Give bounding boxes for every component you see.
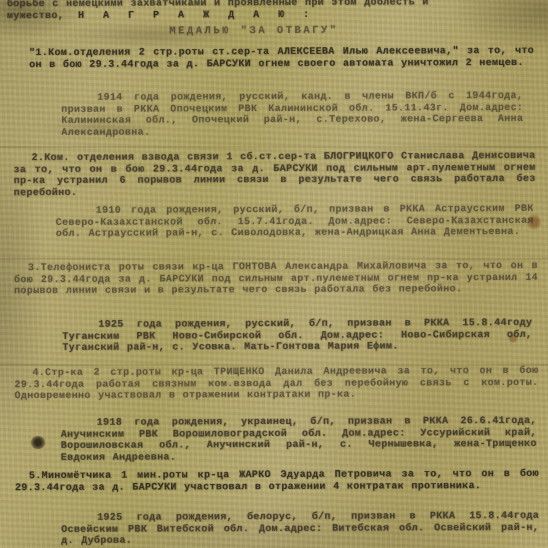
bio-paragraph-3: 1925 года рождения, русский, б/п, призва… xyxy=(62,318,532,355)
citation-paragraph-3: 3.Телефониста роты связи кр-ца ГОНТОВА А… xyxy=(14,261,538,298)
intro-line1: борьбе с немецкими захватчиками и проявл… xyxy=(7,0,429,10)
intro-line2-prefix: мужество, xyxy=(7,11,64,22)
bio-paragraph-4: 1918 года рождения, украинец, б/п, призв… xyxy=(61,416,537,464)
citation-paragraph-2: 2.Ком. отделения взвода связи 1 сб.ст.се… xyxy=(13,151,535,200)
intro-paragraph: борьбе с немецкими захватчиками и проявл… xyxy=(7,0,529,22)
citation-paragraph-5: 5.Миномётчика 1 мин.роты кр-ца ЖАРКО Эду… xyxy=(15,469,539,494)
bio-paragraph-2: 1910 года рождения, русский, б/п, призва… xyxy=(56,204,534,241)
medal-title: МЕДАЛЬЮ "ЗА ОТВАГУ" xyxy=(119,25,389,38)
citation-paragraph-1: "1.Ком.отделения 2 стр.роты ст.сер-та АЛ… xyxy=(29,46,534,71)
award-verb: Н А Г Р А Ж Д А Ю : xyxy=(64,9,315,21)
typewritten-text-layer: борьбе с немецкими захватчиками и проявл… xyxy=(0,0,548,548)
document-scan: борьбе с немецкими захватчиками и проявл… xyxy=(0,0,548,548)
bio-paragraph-1: 1914 года рождения, русский, канд. в чле… xyxy=(61,91,523,139)
bio-paragraph-5: 1925 года рождения, белорус, б/п, призва… xyxy=(61,511,539,548)
citation-paragraph-4: 4.Стр-ка 2 стр.роты кр-ца ТРИЩЕНКО Данил… xyxy=(14,366,538,403)
